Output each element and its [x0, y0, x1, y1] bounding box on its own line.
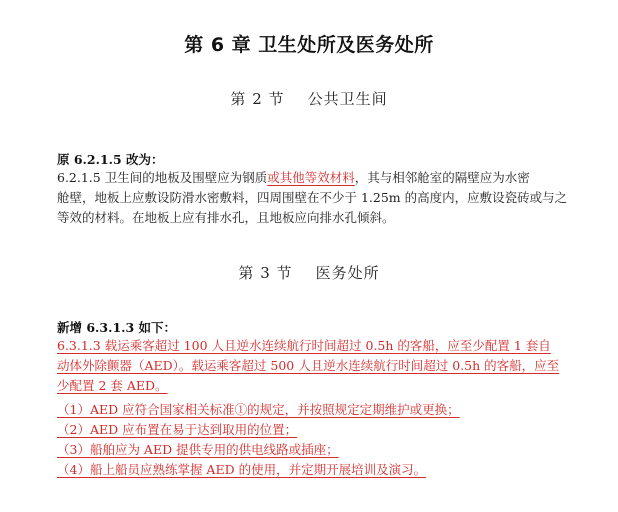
clause-6-2-1-5-line-3: 等效的材料。在地板上应有排水孔，且地板应向排水孔倾斜。: [57, 208, 395, 228]
amendment-heading-6-3-1-3: 新增 6.3.1.3 如下：: [57, 318, 176, 336]
section-title-medical: 第 3 节 医务处所: [0, 262, 618, 283]
chapter-title: 第 6 章 卫生处所及医务处所: [0, 30, 618, 57]
amendment-heading-6-2-1-5: 原 6.2.1.5 改为：: [57, 150, 164, 168]
clause-6-3-1-3-line-3: 少配置 2 套 AED。: [57, 376, 168, 396]
clause-6-3-1-3-line-1: 6.3.1.3 载运乘客超过 100 人且逆水连续航行时间超过 0.5h 的客船…: [57, 336, 551, 356]
clause-text: ，其与相邻舱室的隔壁应为水密: [355, 170, 530, 185]
clause-text: 6.2.1.5 卫生间的地板及围壁应为钢质: [57, 170, 267, 185]
clause-6-3-1-3-line-2: 动体外除颤器（AED）。载运乘客超过 500 人且逆水连续航行时间超过 0.5h…: [57, 356, 559, 376]
revised-text-highlight: 或其他等效材料: [267, 170, 355, 185]
clause-6-2-1-5-line-2: 舱壁，地板上应敷设防滑水密敷料，四周围壁在不少于 1.25m 的高度内，应敷设瓷…: [57, 188, 567, 208]
section-title-public-toilet: 第 2 节 公共卫生间: [0, 88, 618, 109]
aed-requirement-item-3: （3）船舶应为 AED 提供专用的供电线路或插座；: [57, 440, 339, 460]
aed-requirement-item-2: （2）AED 应布置在易于达到取用的位置；: [57, 420, 297, 440]
aed-requirement-item-1: （1）AED 应符合国家相关标准①的规定，并按照规定定期维护或更换；: [57, 400, 460, 420]
clause-6-2-1-5-line-1: 6.2.1.5 卫生间的地板及围壁应为钢质或其他等效材料，其与相邻舱室的隔壁应为…: [57, 168, 530, 188]
aed-requirement-item-4: （4）船上船员应熟练掌握 AED 的使用，并定期开展培训及演习。: [57, 460, 426, 480]
